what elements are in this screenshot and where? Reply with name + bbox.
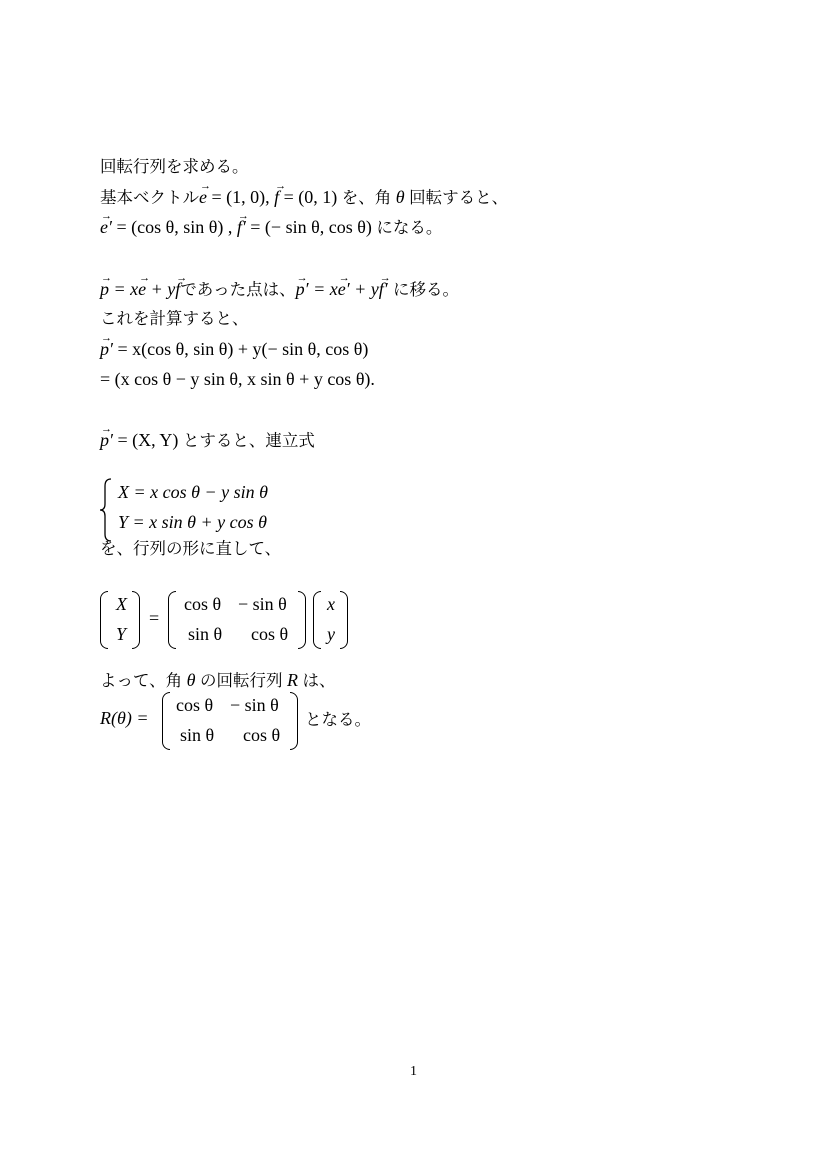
- matrix-cell: − sin θ: [238, 594, 287, 615]
- math: = (x cos θ − y sin θ, x sin θ + y cos θ)…: [100, 369, 375, 389]
- vector-f-prime: f′: [379, 279, 388, 299]
- text: 基本ベクトル: [100, 188, 199, 207]
- text: は、: [303, 671, 336, 690]
- math: = (1, 0),: [207, 187, 274, 207]
- vector-e: e: [138, 279, 146, 299]
- vector-f: f: [175, 279, 180, 299]
- matrix-cell: x: [327, 594, 335, 615]
- heading-line: 回転行列を求める。: [100, 157, 249, 177]
- matrix-cell: − sin θ: [230, 695, 279, 716]
- vector-p: p: [100, 279, 109, 299]
- matrix-cell: cos θ: [251, 624, 288, 645]
- document-page: 回転行列を求める。 基本ベクトルe = (1, 0), f = (0, 1) を…: [0, 0, 826, 1169]
- left-paren-icon: [313, 591, 321, 649]
- math: cos θ: [243, 725, 280, 745]
- text: 回転行列を求める。: [100, 157, 249, 176]
- vector-e-prime: e′: [338, 279, 350, 299]
- theta: θ: [182, 670, 200, 690]
- equation-1: X = x cos θ − y sin θ: [118, 482, 268, 503]
- equation-2: Y = x sin θ + y cos θ: [118, 512, 267, 533]
- vector-p-prime: p′: [296, 279, 309, 299]
- matrix-cell: cos θ: [176, 695, 213, 716]
- text: を、行列の形に直して、: [100, 539, 281, 558]
- text: 回転すると、: [409, 188, 508, 207]
- left-brace-icon: [99, 478, 113, 542]
- equals: =: [149, 608, 159, 629]
- matrix-cell: Y: [116, 624, 126, 645]
- matrix-cell: cos θ: [184, 594, 221, 615]
- text: を、角: [342, 188, 392, 207]
- R-theta-label: R(θ) =: [100, 708, 148, 729]
- matrix-cell: X: [116, 594, 127, 615]
- math: X = x cos θ − y sin θ: [118, 482, 268, 502]
- compute-line: これを計算すると、: [100, 309, 249, 329]
- text: これを計算すると、: [100, 309, 249, 328]
- text: になる。: [376, 218, 442, 237]
- define-XY-line: p′ = (X, Y) とすると、連立式: [100, 430, 315, 451]
- math: = (cos θ, sin θ) ,: [112, 217, 237, 237]
- math: cos θ: [251, 624, 288, 644]
- vector-p-prime: p′: [100, 339, 113, 359]
- right-paren-icon: [340, 591, 348, 649]
- matrix-form-line: を、行列の形に直して、: [100, 539, 281, 559]
- vector-p-prime: p′: [100, 430, 113, 450]
- text: であった点は、: [180, 280, 295, 299]
- text: に移る。: [388, 280, 459, 299]
- matrix-cell: sin θ: [188, 624, 222, 645]
- page-number: 1: [410, 1064, 417, 1080]
- text: となる。: [305, 710, 371, 730]
- text: とすると、連立式: [183, 431, 315, 450]
- math: − sin θ: [238, 594, 287, 614]
- expansion-line: p′ = x(cos θ, sin θ) + y(− sin θ, cos θ): [100, 339, 368, 360]
- math: + y: [350, 279, 379, 299]
- math: cos θ: [176, 695, 213, 715]
- theta: θ: [391, 187, 409, 207]
- math: = x: [109, 279, 138, 299]
- matrix-cell: y: [327, 624, 335, 645]
- math: sin θ: [188, 624, 222, 644]
- R: R: [283, 670, 303, 690]
- right-paren-icon: [298, 591, 306, 649]
- matrix-cell: cos θ: [243, 725, 280, 746]
- text: よって、角: [100, 671, 182, 690]
- math: cos θ: [184, 594, 221, 614]
- vector-e: e: [199, 187, 207, 207]
- math: = (X, Y): [113, 430, 183, 450]
- result-line: = (x cos θ − y sin θ, x sin θ + y cos θ)…: [100, 369, 375, 390]
- text: の回転行列: [200, 671, 283, 690]
- right-paren-icon: [290, 692, 298, 750]
- vector-e-prime: e′: [100, 217, 112, 237]
- math: − sin θ: [230, 695, 279, 715]
- vector-f: f: [274, 187, 279, 207]
- math: = (0, 1): [279, 187, 342, 207]
- right-paren-icon: [132, 591, 140, 649]
- math: sin θ: [180, 725, 214, 745]
- rotated-basis-line: e′ = (cos θ, sin θ) , f′ = (− sin θ, cos…: [100, 217, 442, 238]
- basis-vectors-line: 基本ベクトルe = (1, 0), f = (0, 1) を、角 θ 回転すると…: [100, 187, 508, 208]
- left-paren-icon: [100, 591, 108, 649]
- math: = x: [309, 279, 338, 299]
- vector-f-prime: f′: [237, 217, 246, 237]
- left-paren-icon: [162, 692, 170, 750]
- math: + y: [146, 279, 175, 299]
- point-mapping-line: p = xe + yfであった点は、p′ = xe′ + yf′ に移る。: [100, 279, 459, 300]
- math: Y = x sin θ + y cos θ: [118, 512, 267, 532]
- math: = (− sin θ, cos θ): [246, 217, 377, 237]
- matrix-cell: sin θ: [180, 725, 214, 746]
- left-paren-icon: [168, 591, 176, 649]
- conclusion-line: よって、角 θ の回転行列 R は、: [100, 670, 336, 691]
- math: = x(cos θ, sin θ) + y(− sin θ, cos θ): [113, 339, 368, 359]
